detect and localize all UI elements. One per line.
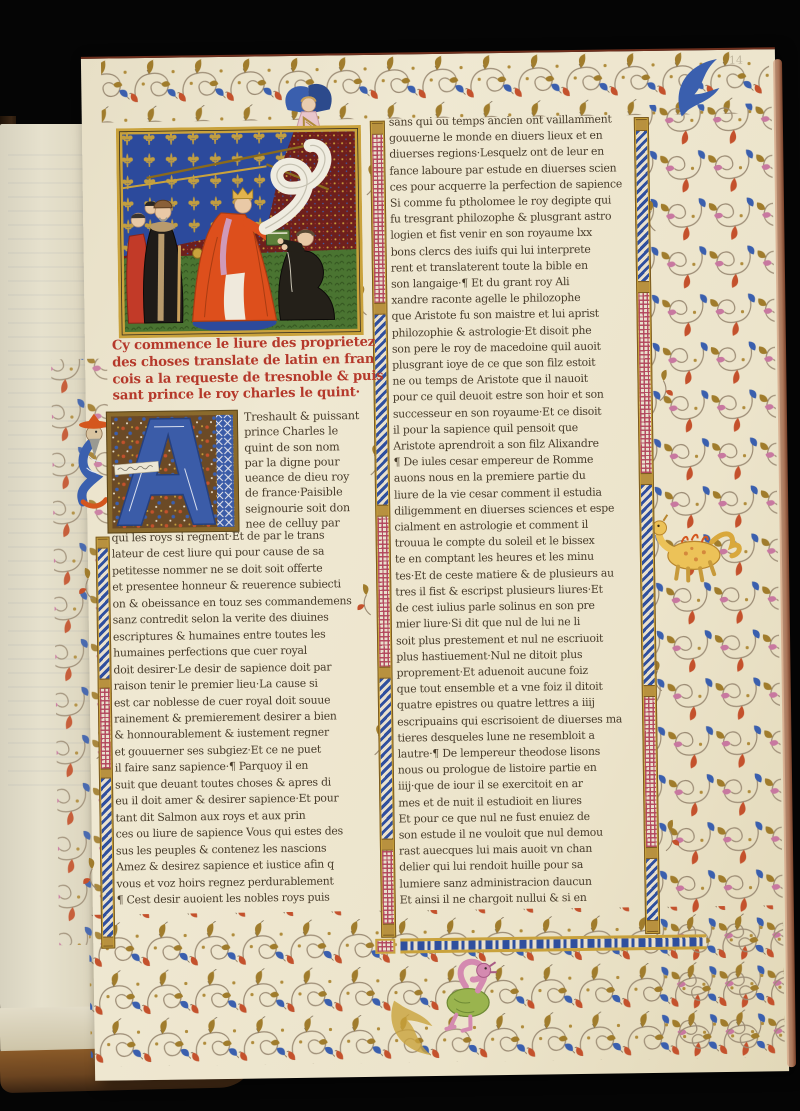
border-bar-bottom — [400, 934, 706, 953]
rubric-incipit: Cy commence le liure des proprietezdes c… — [112, 335, 369, 406]
facing-page-bleedthrough — [8, 154, 90, 794]
text-column-left: qui les roys si regnent·Et de par le tra… — [112, 527, 379, 909]
text-column-right: sans qui ou temps ancien ont vaillamment… — [389, 111, 646, 908]
border-bar-bottom-terminal — [375, 939, 395, 954]
decorated-initial-a — [106, 410, 240, 534]
manuscript-photo: Cy commence le liure des proprietezdes c… — [0, 0, 800, 1111]
text-beside-initial: Treshault & puissantprince Charles lequi… — [244, 408, 374, 532]
acanthus-leaf-bottom — [391, 1000, 433, 1056]
miniature-presentation-scene — [116, 125, 364, 338]
folio-number: 14 — [729, 54, 743, 67]
grotesque-bottom-margin — [446, 961, 498, 1030]
dragon-right-margin — [645, 514, 739, 581]
acanthus-leaf-top-right — [678, 59, 720, 117]
manuscript-page: Cy commence le liure des proprietezdes c… — [81, 47, 789, 1081]
